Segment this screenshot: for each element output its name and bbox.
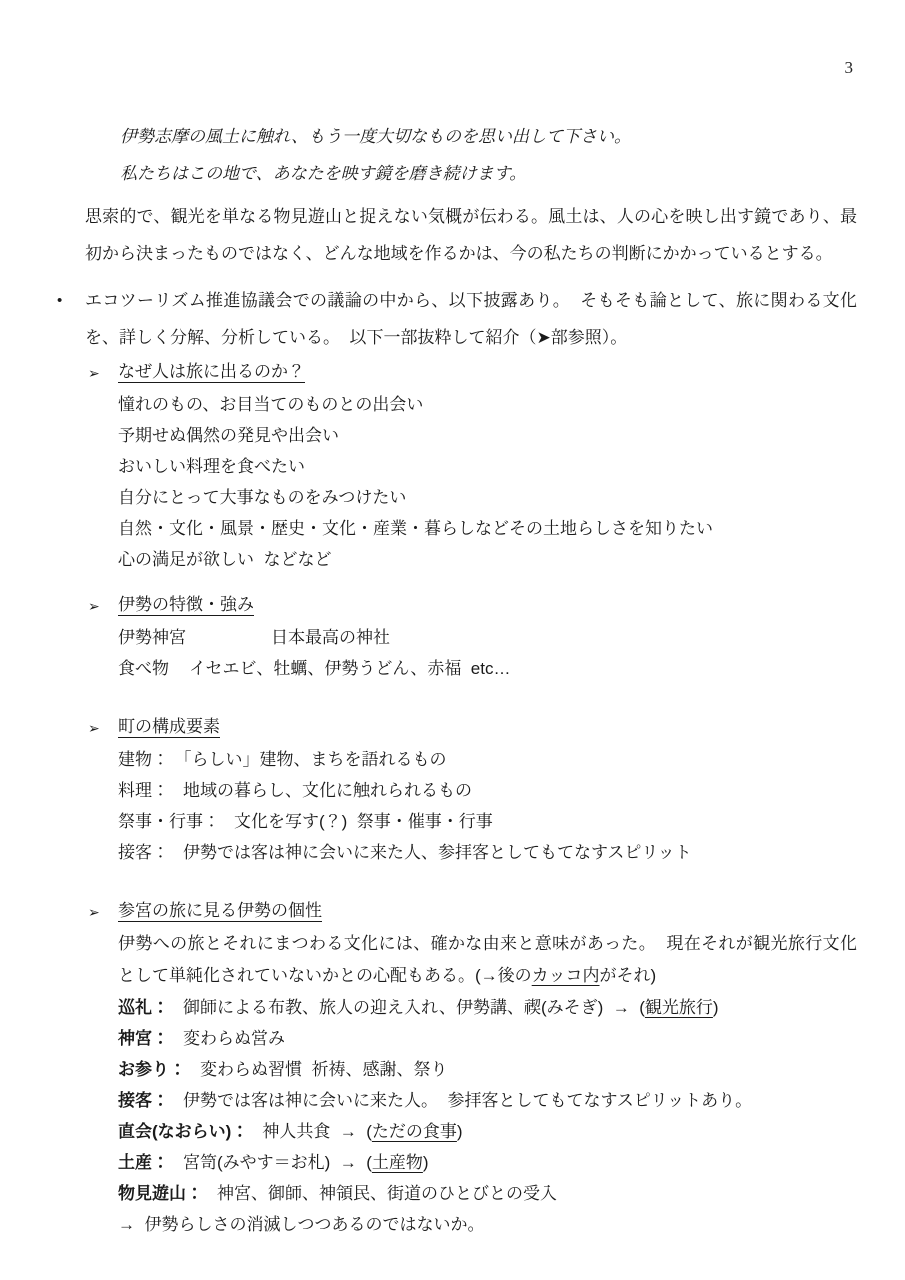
conclusion-line: → 伊勢らしさの消滅しつつあるのではないか。 [118,1209,857,1240]
section: ➢参宮の旅に見る伊勢の個性伊勢への旅とそれにまつわる文化には、確かな由来と意味が… [88,895,857,1240]
text-segment: 神人共食 → ( [262,1122,372,1141]
list-item: 巡礼：御師による布教、旅人の迎え入れ、伊勢講、禊(みそぎ) → (観光旅行) [118,992,857,1023]
list-item: 直会(なおらい)：神人共食 → (ただの食事) [118,1116,857,1147]
list-item: 心の満足が欲しい などなど [118,544,857,575]
section-items: 建物：「らしい」建物、まちを語れるもの料理：地域の暮らし、文化に触れられるもの祭… [118,744,857,868]
item-label: 土産： [118,1153,169,1172]
quote-line: 私たちはこの地で、あなたを映す鏡を磨き続けます。 [120,155,845,192]
text-segment: 「らしい」建物、まちを語れるもの [183,750,447,769]
text-segment: 変わらぬ習慣 祈祷、感謝、祭り [200,1060,447,1079]
text-segment: 伊勢への旅とそれにまつわる文化には、確かな由来と意味があった。 現在それが観光旅… [118,934,857,985]
section-title: 町の構成要素 [118,711,226,744]
underlined-text: ただの食事 [372,1122,457,1141]
section-title: 参宮の旅に見る伊勢の個性 [118,895,328,928]
section-title: なぜ人は旅に出るのか？ [118,356,311,389]
item-label: 接客： [118,1091,169,1110]
item-label: 神宮： [118,1029,169,1048]
list-item: 神宮：変わらぬ営み [118,1023,857,1054]
text-segment: イセエビ、牡蠣、伊勢うどん、赤福 etc… [189,659,510,678]
section: ➢伊勢の特徴・強み伊勢神宮日本最高の神社食べ物イセエビ、牡蠣、伊勢うどん、赤福 … [88,589,857,684]
item-label: お参り： [118,1060,186,1079]
text-segment: 自分にとって大事なものをみつけたい [118,488,406,507]
list-item: おいしい料理を食べたい [118,451,857,482]
section-heading: ➢伊勢の特徴・強み [88,589,857,622]
list-item: 祭事・行事：文化を写す(？) 祭事・催事・行事 [118,806,857,837]
page-number: 3 [845,58,854,78]
list-item: お参り：変わらぬ習慣 祈祷、感謝、祭り [118,1054,857,1085]
section: ➢なぜ人は旅に出るのか？憧れのもの、お目当てのものとの出会い予期せぬ偶然の発見や… [88,356,857,575]
list-item: 物見遊山：神宮、御師、神領民、街道のひとびとの受入 [118,1178,857,1209]
section-heading: ➢参宮の旅に見る伊勢の個性 [88,895,857,928]
bullet-text: エコツーリズム推進協議会での議論の中から、以下披露あり。 そもそも論として、旅に… [85,282,857,356]
text-segment: ) [423,1153,429,1172]
text-segment: 心の満足が欲しい などなど [118,550,331,569]
text-segment: 予期せぬ偶然の発見や出会い [118,426,339,445]
section-intro: 伊勢への旅とそれにまつわる文化には、確かな由来と意味があった。 現在それが観光旅… [118,928,857,992]
text-segment: 地域の暮らし、文化に触れられるもの [183,781,472,800]
quote-block: 伊勢志摩の風土に触れ、もう一度大切なものを思い出して下さい。 私たちはこの地で、… [120,118,845,192]
item-label: 物見遊山： [118,1184,203,1203]
list-item: 建物：「らしい」建物、まちを語れるもの [118,744,857,775]
text-segment: 文化を写す(？) 祭事・催事・行事 [234,812,493,831]
bullet-item: • エコツーリズム推進協議会での議論の中から、以下披露あり。 そもそも論として、… [57,282,857,356]
section-items: 巡礼：御師による布教、旅人の迎え入れ、伊勢講、禊(みそぎ) → (観光旅行)神宮… [118,992,857,1240]
list-item: 予期せぬ偶然の発見や出会い [118,420,857,451]
arrow-right-icon: ➢ [88,711,118,744]
item-label: 接客： [118,843,169,862]
section-title: 伊勢の特徴・強み [118,589,260,622]
item-label: 祭事・行事： [118,812,220,831]
section: ➢町の構成要素建物：「らしい」建物、まちを語れるもの料理：地域の暮らし、文化に触… [88,711,857,868]
text-segment: おいしい料理を食べたい [118,457,305,476]
text-segment: → 伊勢らしさの消滅しつつあるのではないか。 [118,1215,484,1234]
list-item: 自分にとって大事なものをみつけたい [118,482,857,513]
underlined-text: 観光旅行 [645,998,713,1017]
sections: ➢なぜ人は旅に出るのか？憧れのもの、お目当てのものとの出会い予期せぬ偶然の発見や… [88,356,857,1240]
commentary-paragraph: 思索的で、観光を単なる物見遊山と捉えない気概が伝わる。風土は、人の心を映し出す鏡… [85,198,857,272]
text-segment: ) [457,1122,463,1141]
list-item: 伊勢神宮日本最高の神社 [118,622,857,653]
section-heading: ➢なぜ人は旅に出るのか？ [88,356,857,389]
text-segment: 伊勢では客は神に会いに来た人、参拝客としてもてなすスピリット [183,843,692,862]
bullet-icon: • [57,282,85,356]
list-item: 自然・文化・風景・歴史・文化・産業・暮らしなどその土地らしさを知りたい [118,513,857,544]
text-segment: がそれ) [600,966,657,985]
document-page: 3 伊勢志摩の風土に触れ、もう一度大切なものを思い出して下さい。 私たちはこの地… [0,0,905,1280]
text-segment: 宮笥(みやす＝お札) → ( [183,1153,372,1172]
list-item: 接客：伊勢では客は神に会いに来た人、参拝客としてもてなすスピリット [118,837,857,868]
item-label: 巡礼： [118,998,169,1017]
section-items: 憧れのもの、お目当てのものとの出会い予期せぬ偶然の発見や出会いおいしい料理を食べ… [118,389,857,575]
list-item: 料理：地域の暮らし、文化に触れられるもの [118,775,857,806]
list-item: 食べ物イセエビ、牡蠣、伊勢うどん、赤福 etc… [118,653,857,684]
section-items: 伊勢神宮日本最高の神社食べ物イセエビ、牡蠣、伊勢うどん、赤福 etc… [118,622,857,684]
arrow-right-icon: ➢ [88,356,118,389]
underlined-text: 土産物 [372,1153,423,1172]
list-item: 接客：伊勢では客は神に会いに来た人。 参拝客としてもてなすスピリットあり。 [118,1085,857,1116]
list-item: 憧れのもの、お目当てのものとの出会い [118,389,857,420]
text-segment: 日本最高の神社 [271,628,390,647]
section-heading: ➢町の構成要素 [88,711,857,744]
item-label: 伊勢神宮 [118,628,186,647]
item-label: 食べ物 [118,659,169,678]
text-segment: 伊勢では客は神に会いに来た人。 参拝客としてもてなすスピリットあり。 [183,1091,752,1110]
item-label: 料理： [118,781,169,800]
text-segment: ) [713,998,719,1017]
item-label: 直会(なおらい)： [118,1122,248,1141]
text-segment: 自然・文化・風景・歴史・文化・産業・暮らしなどその土地らしさを知りたい [118,519,713,538]
item-label: 建物： [118,750,169,769]
text-segment: 神宮、御師、神領民、街道のひとびとの受入 [217,1184,557,1203]
arrow-right-icon: ➢ [88,895,118,928]
text-segment: 御師による布教、旅人の迎え入れ、伊勢講、禊(みそぎ) → ( [183,998,645,1017]
text-segment: 憧れのもの、お目当てのものとの出会い [118,395,423,414]
quote-line: 伊勢志摩の風土に触れ、もう一度大切なものを思い出して下さい。 [120,118,845,155]
list-item: 土産：宮笥(みやす＝お札) → (土産物) [118,1147,857,1178]
arrow-right-icon: ➢ [88,589,118,622]
underlined-text: カッコ内 [532,966,600,985]
text-segment: 変わらぬ営み [183,1029,285,1048]
